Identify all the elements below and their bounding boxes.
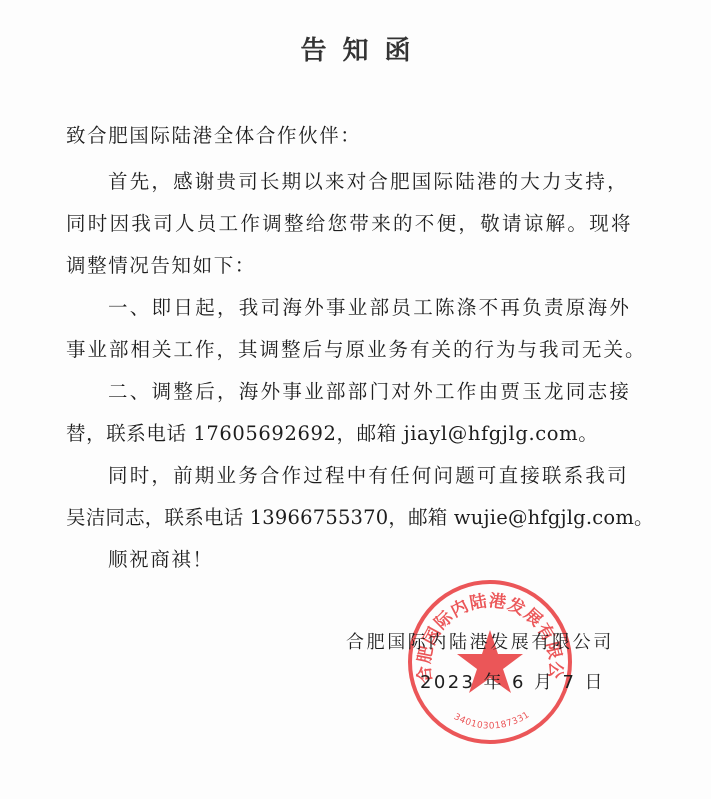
signature-company: 合肥国际内陆港发展有限公司: [346, 628, 614, 654]
paragraph-1-line-1: 首先，感谢贵司长期以来对合肥国际陆港的大力支持，: [108, 166, 629, 194]
paragraph-4-line-1: 同时，前期业务合作过程中有任何问题可直接联系我司: [108, 460, 629, 488]
paragraph-4-line-2: 吴洁同志，联系电话 13966755370，邮箱 wujie@hfgjlg.co…: [66, 502, 654, 530]
paragraph-3-line-1: 二、调整后，海外事业部部门对外工作由贾玉龙同志接: [108, 376, 631, 404]
paragraph-1-line-2: 同时因我司人员工作调整给您带来的不便，敬请谅解。现将: [66, 208, 633, 236]
seal-code-text: 3401030187331: [452, 710, 532, 731]
salutation: 致合肥国际陆港全体合作伙伴：: [66, 120, 361, 148]
paragraph-2-line-2: 事业部相关工作，其调整后与原业务有关的行为与我司无关。: [66, 334, 647, 362]
paragraph-1-line-3: 调整情况告知如下：: [66, 250, 256, 278]
paragraph-2-line-1: 一、即日起，我司海外事业部员工陈涤不再负责原海外: [108, 292, 631, 320]
closing-greeting: 顺祝商祺！: [108, 544, 214, 572]
document-page: 告知函 致合肥国际陆港全体合作伙伴： 首先，感谢贵司长期以来对合肥国际陆港的大力…: [0, 0, 711, 799]
company-seal-icon: 合肥国际内陆港发展有限公司 3401030187331: [406, 578, 574, 746]
paragraph-3-line-2: 替，联系电话 17605692692，邮箱 jiayl@hfgjlg.com。: [66, 418, 598, 446]
document-title: 告知函: [0, 30, 711, 67]
svg-text:3401030187331: 3401030187331: [452, 710, 532, 731]
signature-date: 2023 年 6 月 7 日: [420, 668, 605, 694]
